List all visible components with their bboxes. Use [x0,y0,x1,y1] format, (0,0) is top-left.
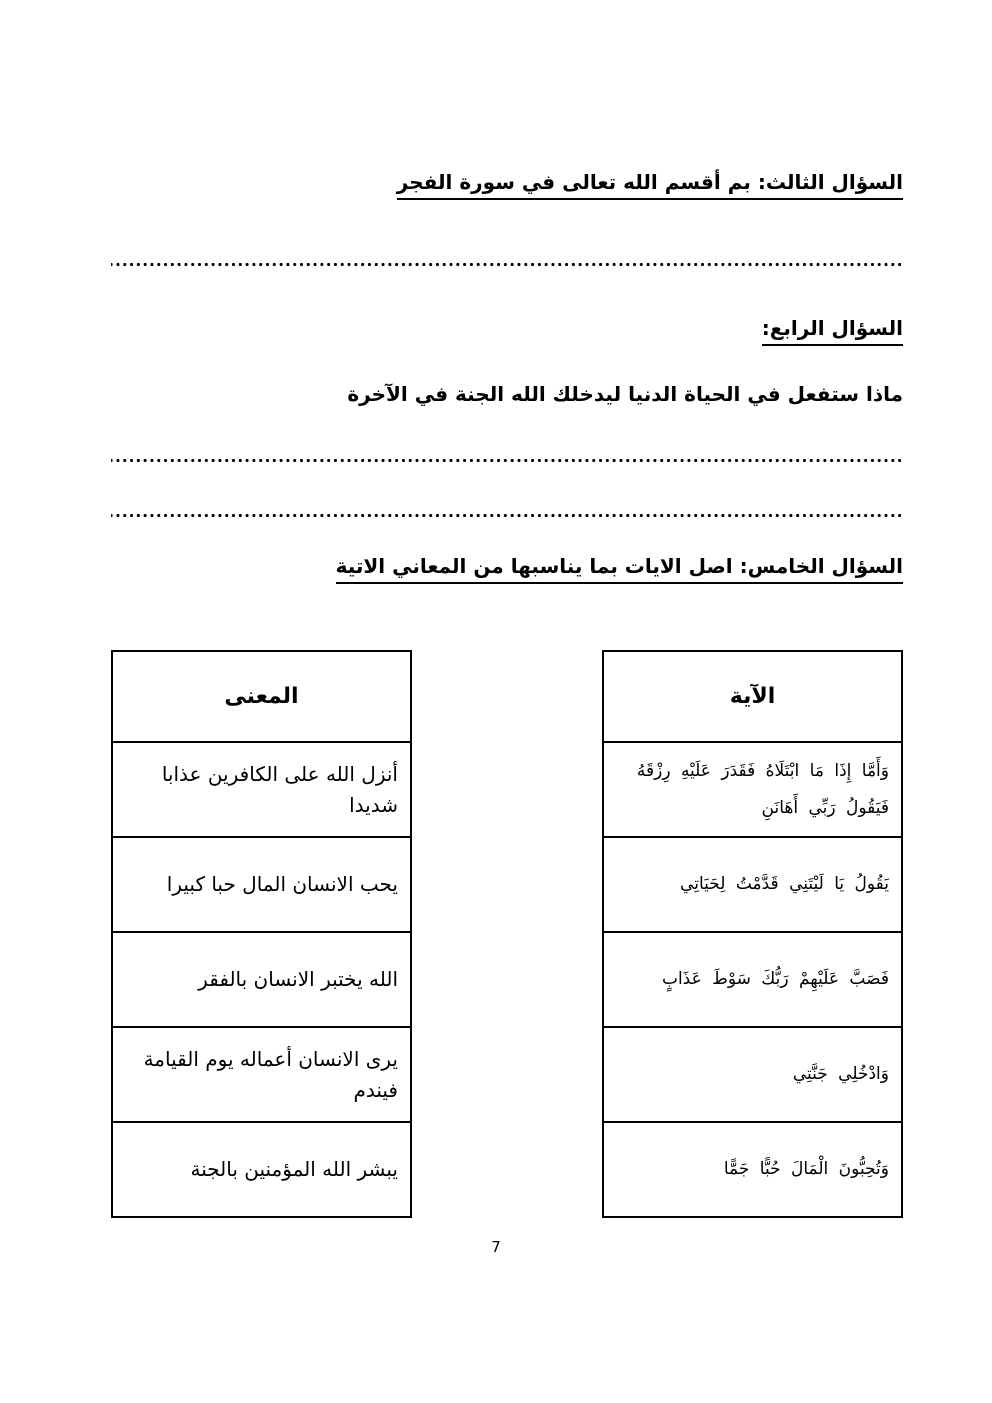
meaning-text: يحب الانسان المال حبا كبيرا [167,869,398,900]
verse-text: يَقُولُ يَا لَيْتَنِي قَدَّمْتُ لِحَيَات… [680,866,889,903]
answer-line-q4-1 [111,458,903,463]
verse-table: الآية وَأَمَّا إِذَا مَا ابْتَلَاهُ فَقَ… [602,650,903,1218]
verse-text: وَادْخُلِي جَنَّتِي [793,1056,889,1093]
meaning-text: الله يختبر الانسان بالفقر [198,964,398,995]
meaning-table: المعنى أنزل الله على الكافرين عذابا شديد… [111,650,412,1218]
verse-cell: وَتُحِبُّونَ الْمَالَ حُبًّا جَمًّا [604,1121,901,1216]
question-4-prompt: ماذا ستفعل في الحياة الدنيا ليدخلك الله … [347,382,903,406]
matching-tables: الآية وَأَمَّا إِذَا مَا ابْتَلَاهُ فَقَ… [111,650,903,1218]
meaning-cell: يحب الانسان المال حبا كبيرا [113,836,410,931]
question-4-heading: السؤال الرابع: [762,316,903,346]
page-content: السؤال الثالث: بم أقسم الله تعالى في سور… [111,0,903,1403]
worksheet-page: السؤال الثالث: بم أقسم الله تعالى في سور… [0,0,992,1403]
answer-line-q3 [111,262,903,267]
verse-text: فَصَبَّ عَلَيْهِمْ رَبُّكَ سَوْطَ عَذَاب… [662,961,889,998]
question-4-heading-text: السؤال الرابع: [762,316,903,346]
meaning-table-header: المعنى [113,652,410,741]
question-5-heading: السؤال الخامس: اصل الايات بما يناسبها من… [336,554,903,584]
meaning-cell: الله يختبر الانسان بالفقر [113,931,410,1026]
verse-cell: يَقُولُ يَا لَيْتَنِي قَدَّمْتُ لِحَيَات… [604,836,901,931]
meaning-cell: يرى الانسان أعماله يوم القيامة فيندم [113,1026,410,1121]
question-3-heading: السؤال الثالث: بم أقسم الله تعالى في سور… [397,170,903,200]
meaning-cell: يبشر الله المؤمنين بالجنة [113,1121,410,1216]
verse-cell: وَأَمَّا إِذَا مَا ابْتَلَاهُ فَقَدَرَ ع… [604,741,901,836]
verse-cell: وَادْخُلِي جَنَّتِي [604,1026,901,1121]
verse-text: وَأَمَّا إِذَا مَا ابْتَلَاهُ فَقَدَرَ ع… [616,753,889,826]
verse-table-header: الآية [604,652,901,741]
meaning-text: أنزل الله على الكافرين عذابا شديدا [125,759,398,821]
verse-cell: فَصَبَّ عَلَيْهِمْ رَبُّكَ سَوْطَ عَذَاب… [604,931,901,1026]
meaning-text: يبشر الله المؤمنين بالجنة [190,1154,398,1185]
page-number: 7 [0,1238,992,1256]
answer-line-q4-2 [111,513,903,518]
meaning-cell: أنزل الله على الكافرين عذابا شديدا [113,741,410,836]
question-5-heading-text: السؤال الخامس: اصل الايات بما يناسبها من… [336,554,903,584]
verse-text: وَتُحِبُّونَ الْمَالَ حُبًّا جَمًّا [724,1151,889,1188]
meaning-text: يرى الانسان أعماله يوم القيامة فيندم [125,1044,398,1106]
question-3-heading-text: السؤال الثالث: بم أقسم الله تعالى في سور… [397,170,903,200]
